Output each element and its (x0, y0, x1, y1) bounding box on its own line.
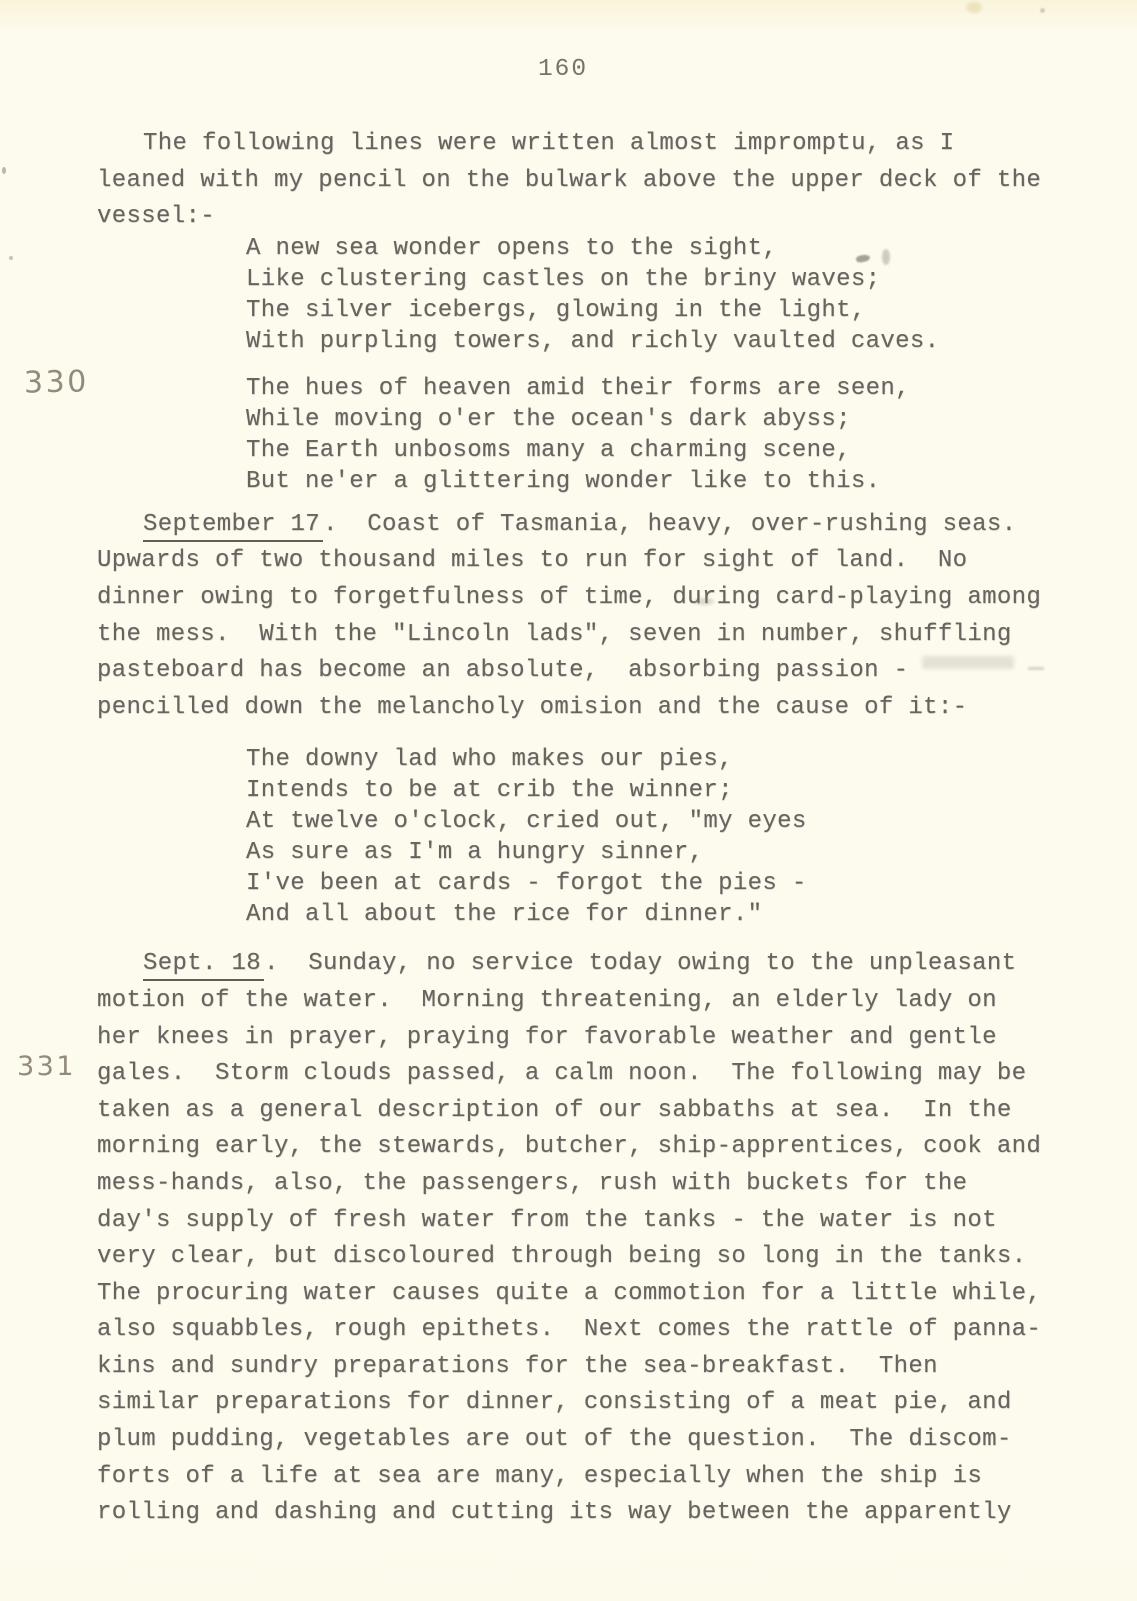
paper-speck (2, 167, 6, 174)
paper-speck (1040, 8, 1045, 13)
text-line: The procuring water causes quite a commo… (97, 1276, 1087, 1313)
entry-sept17-heading-line: September 17. Coast of Tasmania, heavy, … (97, 507, 1087, 544)
text-line: kins and sundry preparations for the sea… (97, 1349, 1087, 1386)
text-line: I've been at cards - forgot the pies - (246, 868, 1087, 899)
text-line: forts of a life at sea are many, especia… (97, 1459, 1087, 1496)
text-line: While moving o'er the ocean's dark abyss… (246, 404, 1087, 435)
text-line: pencilled down the melancholy omision an… (97, 690, 1087, 727)
text-line: mess-hands, also, the passengers, rush w… (97, 1166, 1087, 1203)
margin-annotation-330: 330 (24, 367, 89, 398)
intro-paragraph: The following lines were written almost … (97, 126, 1087, 236)
text-line: gales. Storm clouds passed, a calm noon.… (97, 1056, 1087, 1093)
paper-stain (966, 2, 982, 13)
manuscript-page: 160 330 331 The following lines were wri… (0, 0, 1137, 1601)
entry-sept17-body: Upwards of two thousand miles to run for… (97, 543, 1087, 726)
text-line: The Earth unbosoms many a charming scene… (246, 435, 1087, 466)
text-line: Intends to be at crib the winner; (246, 775, 1087, 806)
text-line: dinner owing to forgetfulness of time, d… (97, 580, 1087, 617)
text-line: very clear, but discoloured through bein… (97, 1239, 1087, 1276)
poem-icebergs-stanza-1: A new sea wonder opens to the sight,Like… (246, 233, 1087, 357)
text-line: leaned with my pencil on the bulwark abo… (97, 163, 1087, 200)
text-line: The downy lad who makes our pies, (246, 744, 1087, 775)
text-line: At twelve o'clock, cried out, "my eyes (246, 806, 1087, 837)
text-line: the mess. With the "Lincoln lads", seven… (97, 617, 1087, 654)
poem-pies: The downy lad who makes our pies,Intends… (246, 744, 1087, 930)
text-line: morning early, the stewards, butcher, sh… (97, 1129, 1087, 1166)
text-line: And all about the rice for dinner." (246, 899, 1087, 930)
entry-sept18: Sept. 18. Sunday, no service today owing… (97, 946, 1087, 1532)
entry-sept18-heading-rest: . Sunday, no service today owing to the … (264, 950, 1016, 977)
margin-annotation-331: 331 (17, 1053, 76, 1080)
page-number: 160 (0, 56, 1126, 83)
text-line: The silver icebergs, glowing in the ligh… (246, 295, 1087, 326)
entry-sept17-heading-rest: . Coast of Tasmania, heavy, over-rushing… (323, 511, 1016, 538)
paper-speck (9, 256, 13, 260)
text-line: Upwards of two thousand miles to run for… (97, 543, 1087, 580)
entry-sept17: September 17. Coast of Tasmania, heavy, … (97, 507, 1087, 727)
entry-sept18-heading-line: Sept. 18. Sunday, no service today owing… (97, 946, 1087, 983)
text-line: But ne'er a glittering wonder like to th… (246, 466, 1087, 497)
text-line: similar preparations for dinner, consist… (97, 1385, 1087, 1422)
text-line: As sure as I'm a hungry sinner, (246, 837, 1087, 868)
entry-sept18-body: motion of the water. Morning threatening… (97, 983, 1087, 1532)
page-content: The following lines were written almost … (97, 126, 1087, 1532)
text-line: also squabbles, rough epithets. Next com… (97, 1312, 1087, 1349)
text-line: day's supply of fresh water from the tan… (97, 1203, 1087, 1240)
text-line: plum pudding, vegetables are out of the … (97, 1422, 1087, 1459)
text-line: rolling and dashing and cutting its way … (97, 1495, 1087, 1532)
entry-sept18-date: Sept. 18 (143, 950, 264, 981)
text-line: her knees in prayer, praying for favorab… (97, 1020, 1087, 1057)
poem-icebergs-stanza-2: The hues of heaven amid their forms are … (246, 373, 1087, 497)
text-line: taken as a general description of our sa… (97, 1093, 1087, 1130)
text-line: A new sea wonder opens to the sight, (246, 233, 1087, 264)
entry-sept17-date: September 17 (143, 511, 323, 542)
text-line: vessel:- (97, 199, 1087, 236)
text-line: motion of the water. Morning threatening… (97, 983, 1087, 1020)
text-line: The hues of heaven amid their forms are … (246, 373, 1087, 404)
text-line: With purpling towers, and richly vaulted… (246, 326, 1087, 357)
text-line: The following lines were written almost … (97, 126, 1087, 163)
text-line: pasteboard has become an absolute, absor… (97, 653, 1087, 690)
text-line: Like clustering castles on the briny wav… (246, 264, 1087, 295)
